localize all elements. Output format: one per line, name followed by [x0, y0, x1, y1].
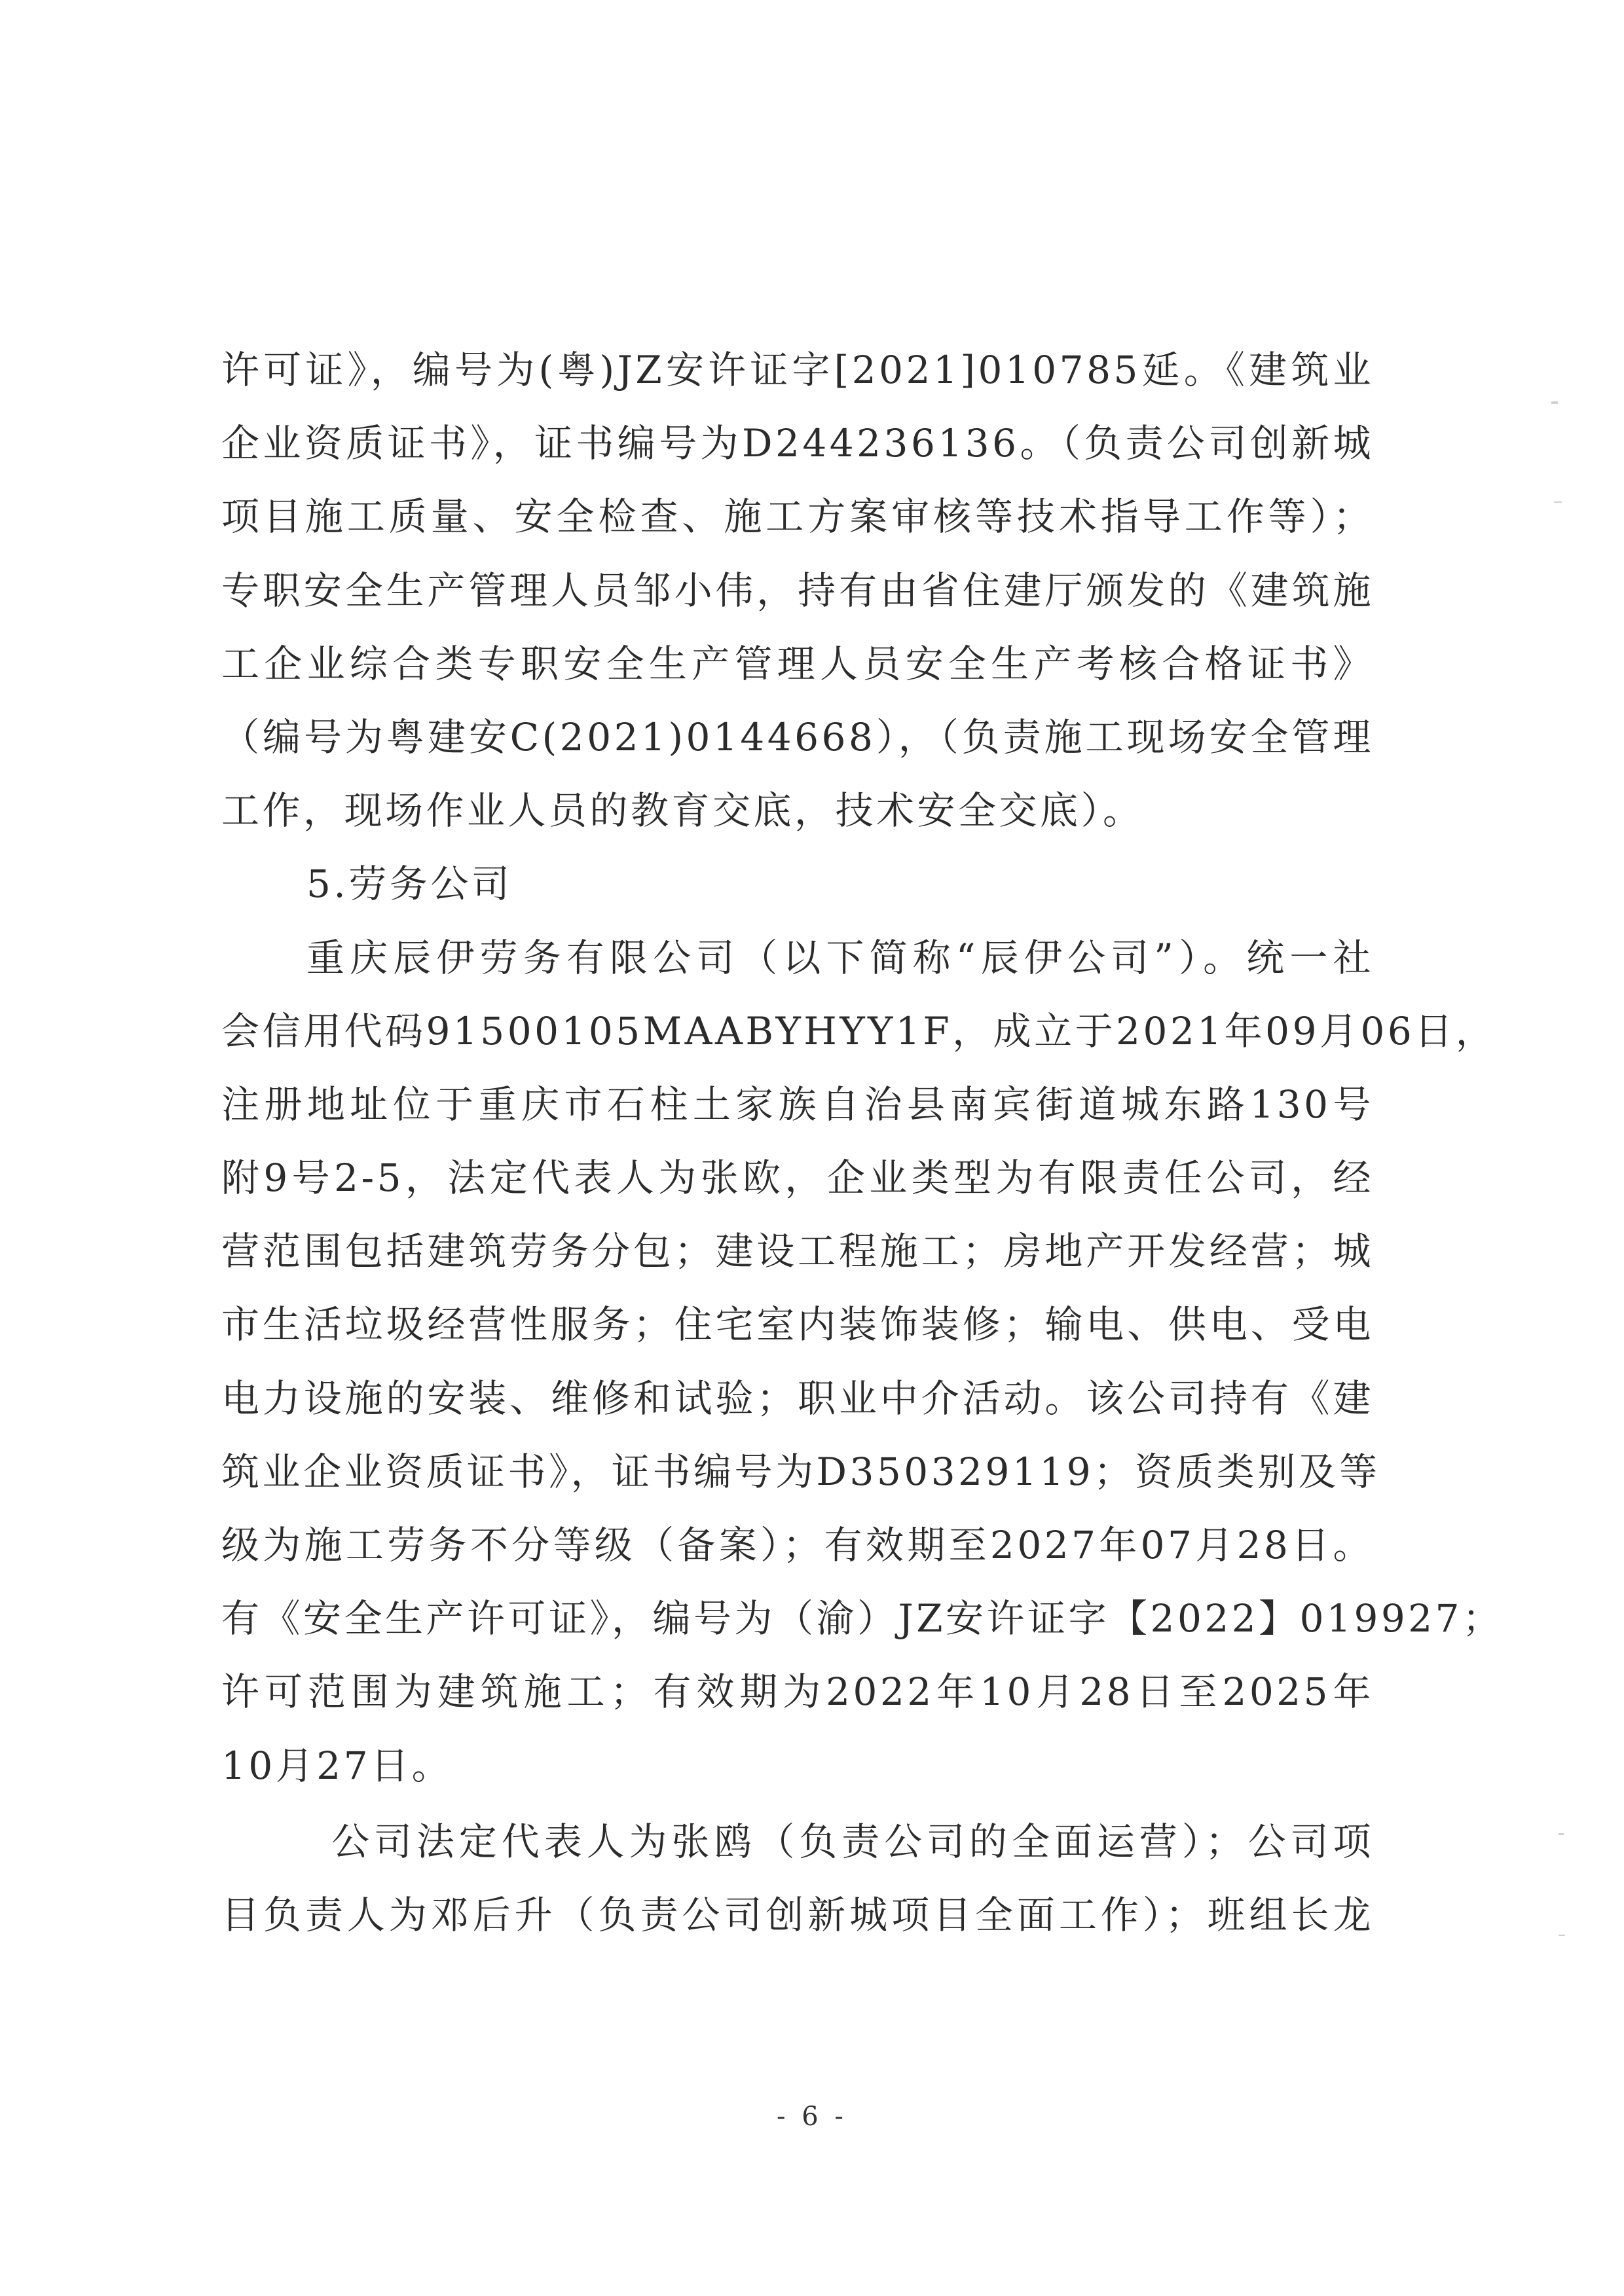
text-line: 专职安全生产管理人员邹小伟，持有由省住建厅颁发的《建筑施 — [221, 554, 1374, 627]
text-line: 市生活垃圾经营性服务；住宅室内装饰装修；输电、供电、受电 — [221, 1288, 1374, 1361]
text-line: 电力设施的安装、维修和试验；职业中介活动。该公司持有《建 — [221, 1362, 1374, 1435]
scan-artifact — [1559, 1935, 1565, 1936]
text-line: 有《安全生产许可证》，编号为（渝）JZ安许证字【2022】019927； — [221, 1582, 1374, 1655]
document-body: 许可证》，编号为(粤)JZ安许证字[2021]010785延。《建筑业 企业资质… — [221, 333, 1374, 1952]
text-line: 注册地址位于重庆市石柱土家族自治县南宾街道城东路130号 — [221, 1068, 1374, 1141]
text-line: 项目施工质量、安全检查、施工方案审核等技术指导工作等）； — [221, 480, 1374, 553]
text-line: 筑业企业资质证书》，证书编号为D350329119；资质类别及等 — [221, 1435, 1374, 1508]
text-line: 工企业综合类专职安全生产管理人员安全生产考核合格证书》 — [221, 627, 1374, 701]
text-line: 工作，现场作业人员的教育交底，技术安全交底）。 — [221, 774, 1374, 847]
text-line: 许可证》，编号为(粤)JZ安许证字[2021]010785延。《建筑业 — [221, 333, 1374, 407]
text-line: （编号为粤建安C(2021)0144668），（负责施工现场安全管理 — [221, 701, 1374, 774]
text-line: 重庆辰伊劳务有限公司（以下简称“辰伊公司”）。统一社 — [221, 921, 1374, 994]
text-line: 许可范围为建筑施工；有效期为2022年10月28日至2025年 — [221, 1655, 1374, 1728]
scan-artifact — [1551, 401, 1558, 404]
text-line: 公司法定代表人为张鸥（负责公司的全面运营）；公司项 — [221, 1805, 1374, 1878]
scan-artifact — [1554, 501, 1562, 503]
scan-artifact — [1559, 1833, 1564, 1835]
section-heading: 5.劳务公司 — [221, 847, 1374, 920]
document-page: 许可证》，编号为(粤)JZ安许证字[2021]010785延。《建筑业 企业资质… — [0, 0, 1624, 2296]
text-line: 营范围包括建筑劳务分包；建设工程施工；房地产开发经营；城 — [221, 1214, 1374, 1288]
text-line: 会信用代码91500105MAABYHYY1F，成立于2021年09月06日， — [221, 994, 1374, 1068]
text-line: 附9号2-5，法定代表人为张欧，企业类型为有限责任公司，经 — [221, 1141, 1374, 1214]
text-line: 级为施工劳务不分等级（备案）；有效期至2027年07月28日。 — [221, 1508, 1374, 1582]
page-number: - 6 - — [0, 2102, 1624, 2132]
text-line: 目负责人为邓后升（负责公司创新城项目全面工作）；班组长龙 — [221, 1878, 1374, 1952]
text-line: 企业资质证书》，证书编号为D244236136。（负责公司创新城 — [221, 407, 1374, 480]
text-line: 10月27日。 — [221, 1729, 1374, 1802]
